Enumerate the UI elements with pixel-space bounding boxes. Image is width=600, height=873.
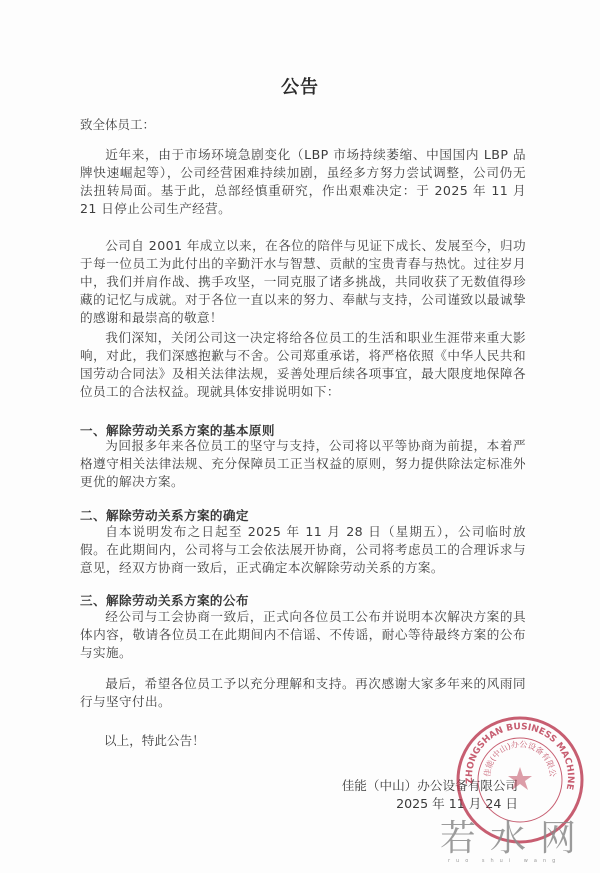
watermark-text: 若水网 [440,820,600,858]
signature-date: 2025 年 11 月 24 日 [342,795,518,813]
signature-block: 佳能（中山）办公设备有限公司 2025 年 11 月 24 日 [342,777,518,813]
section-heading-publication: 三、解除劳动关系方案的公布 [80,590,249,609]
section-body-publication: 经公司与工会协商一致后，正式向各位员工公布并说明本次解决方案的具体内容，敬请各位… [80,608,526,662]
section-heading-determination: 二、解除劳动关系方案的确定 [80,505,249,524]
paragraph-history: 公司自 2001 年成立以来，在各位的陪伴与见证下成长、发展至今，归功于每一位员… [80,237,526,327]
paragraph-final: 最后，希望各位员工予以充分理解和支持。再次感谢大家多年来的风雨同行与坚守付出。 [80,675,526,711]
closing-statement: 以上，特此公告！ [104,730,205,749]
signature-company: 佳能（中山）办公设备有限公司 [342,777,518,795]
svg-text:佳能(中山)办公设备有限公司: 佳能(中山)办公设备有限公司 [455,715,557,777]
paragraph-commitment: 我们深知，关闭公司这一决定将给各位员工的生活和职业生涯带来重大影响，对此，我们深… [80,329,526,401]
paragraph-intro: 近年来，由于市场环境急剧变化（LBP 市场持续萎缩、中国国内 LBP 品牌快速崛… [80,146,526,218]
section-body-determination: 自本说明发布之日起至 2025 年 11 月 28 日（星期五），公司临时放假。… [80,523,526,577]
document-title: 公告 [0,73,600,99]
site-watermark: 若水网 ruo shui wang [440,820,600,873]
salutation: 致全体员工： [80,115,155,133]
announcement-document: 公告 致全体员工： 近年来，由于市场环境急剧变化（LBP 市场持续萎缩、中国国内… [0,0,600,873]
section-body-principles: 为回报多年来各位员工的坚守与支持，公司将以平等协商为前提，本着严格遵守相关法律法… [80,437,526,491]
